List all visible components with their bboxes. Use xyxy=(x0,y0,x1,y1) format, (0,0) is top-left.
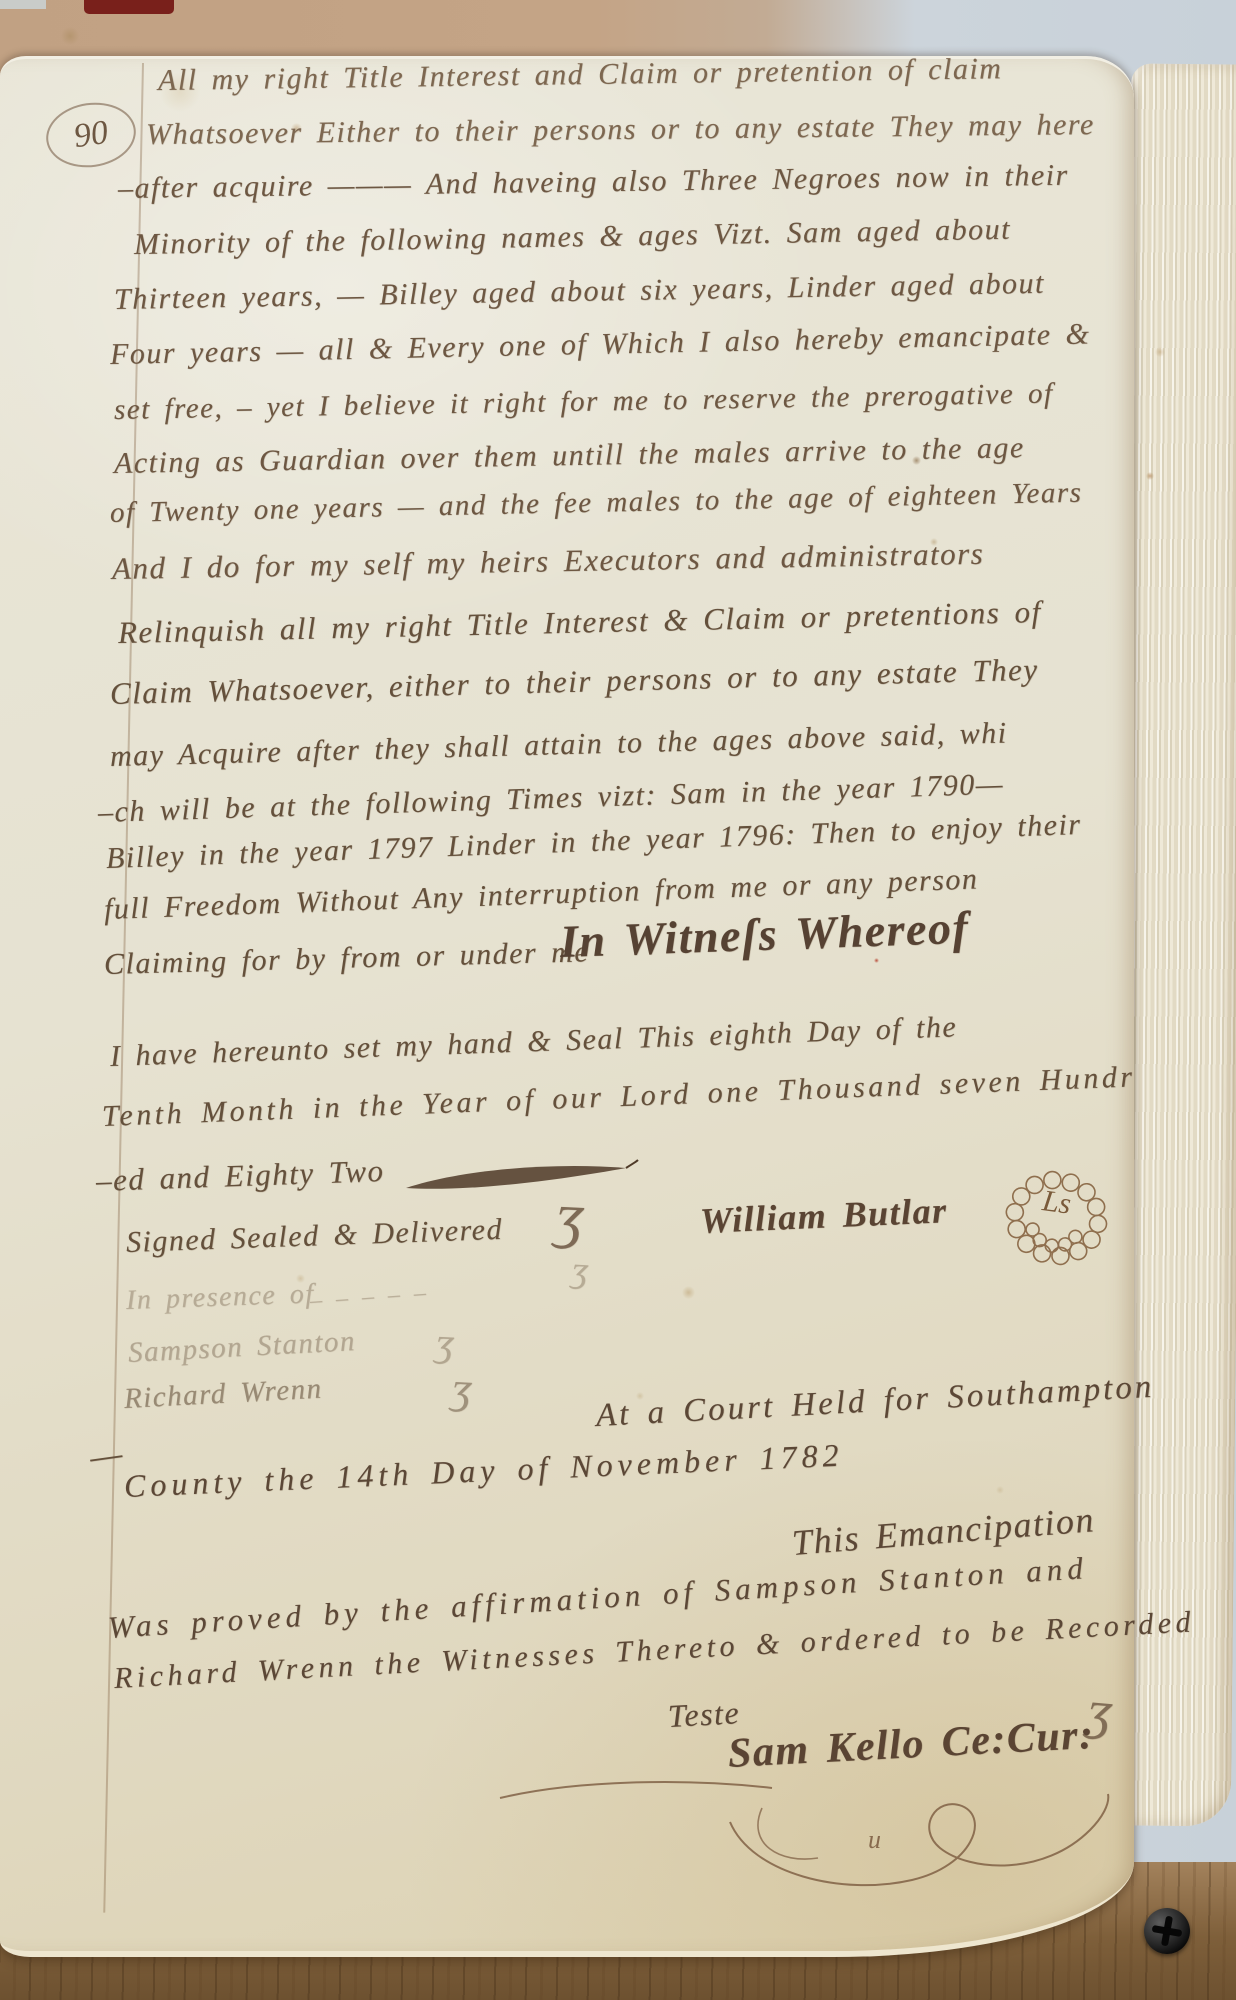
manuscript-line: All my right Title Interest and Claim or… xyxy=(158,52,1003,98)
seal-ls: Ls xyxy=(989,1158,1123,1284)
manuscript-line: –ed and Eighty Two xyxy=(95,1153,385,1199)
manuscript-line: Relinquish all my right Title Interest &… xyxy=(118,594,1042,651)
photo-stage: 90 All my right Title Interest and Claim… xyxy=(0,0,1236,2000)
manuscript-line: Whatsoever Either to their persons or to… xyxy=(146,108,1095,152)
manuscript-line: Claiming for by from or under me xyxy=(104,935,590,982)
in-witness-text: In Witneſs Whereof xyxy=(559,901,970,968)
manuscript-line: Thirteen years, — Billey aged about six … xyxy=(114,267,1045,317)
signature-william-butlar: William Butlar xyxy=(699,1189,948,1242)
handwriting-layer: All my right Title Interest and Claim or… xyxy=(0,0,1236,2000)
manuscript-line: — xyxy=(87,1432,126,1478)
manuscript-line: Signed Sealed & Delivered xyxy=(125,1213,503,1260)
witness-richard-wrenn: Richard Wrenn xyxy=(123,1373,323,1416)
signature-sam-kello: Sam Kello Ce:Cur: xyxy=(727,1711,1096,1778)
manuscript-line: set free, – yet I believe it right for m… xyxy=(114,378,1054,427)
manuscript-line: Minority of the following names & ages V… xyxy=(134,213,1012,262)
manuscript-line: – – – – – xyxy=(309,1280,428,1315)
manuscript-line: And I do for my self my heirs Executors … xyxy=(112,536,985,587)
clerk-flourish: u xyxy=(722,1788,1122,1908)
manuscript-line: County the 14th Day of November 1782 xyxy=(123,1437,844,1505)
brace-mark: ʒ xyxy=(451,1362,475,1414)
manuscript-line: At a Court Held for Southampton xyxy=(595,1369,1155,1435)
brace-mark: ʒ xyxy=(1085,1678,1116,1742)
brace-mark: ʒ xyxy=(435,1318,457,1366)
manuscript-line: Tenth Month in the Year of our Lord one … xyxy=(101,1060,1136,1134)
manuscript-line: of Twenty one years — and the fee males … xyxy=(110,477,1083,530)
manuscript-line: –after acquire ——— And haveing also Thre… xyxy=(118,159,1069,206)
seal-ls-text: Ls xyxy=(1039,1184,1073,1221)
manuscript-line: may Acquire after they shall attain to t… xyxy=(110,717,1008,774)
manuscript-line: Four years — all & Every one of Which I … xyxy=(110,317,1091,372)
ink-swash-flourish xyxy=(400,1158,640,1202)
manuscript-line: Claim Whatsoever, either to their person… xyxy=(110,652,1039,712)
brace-mark: ʒ xyxy=(571,1248,591,1291)
manuscript-line: In presence of xyxy=(125,1278,315,1317)
flourish-u-mark: u xyxy=(868,1825,881,1854)
witness-sampson-stanton: Sampson Stanton xyxy=(127,1325,357,1370)
manuscript-line: Acting as Guardian over them untill the … xyxy=(114,431,1025,481)
manuscript-line: I have hereunto set my hand & Seal This … xyxy=(109,1010,957,1074)
